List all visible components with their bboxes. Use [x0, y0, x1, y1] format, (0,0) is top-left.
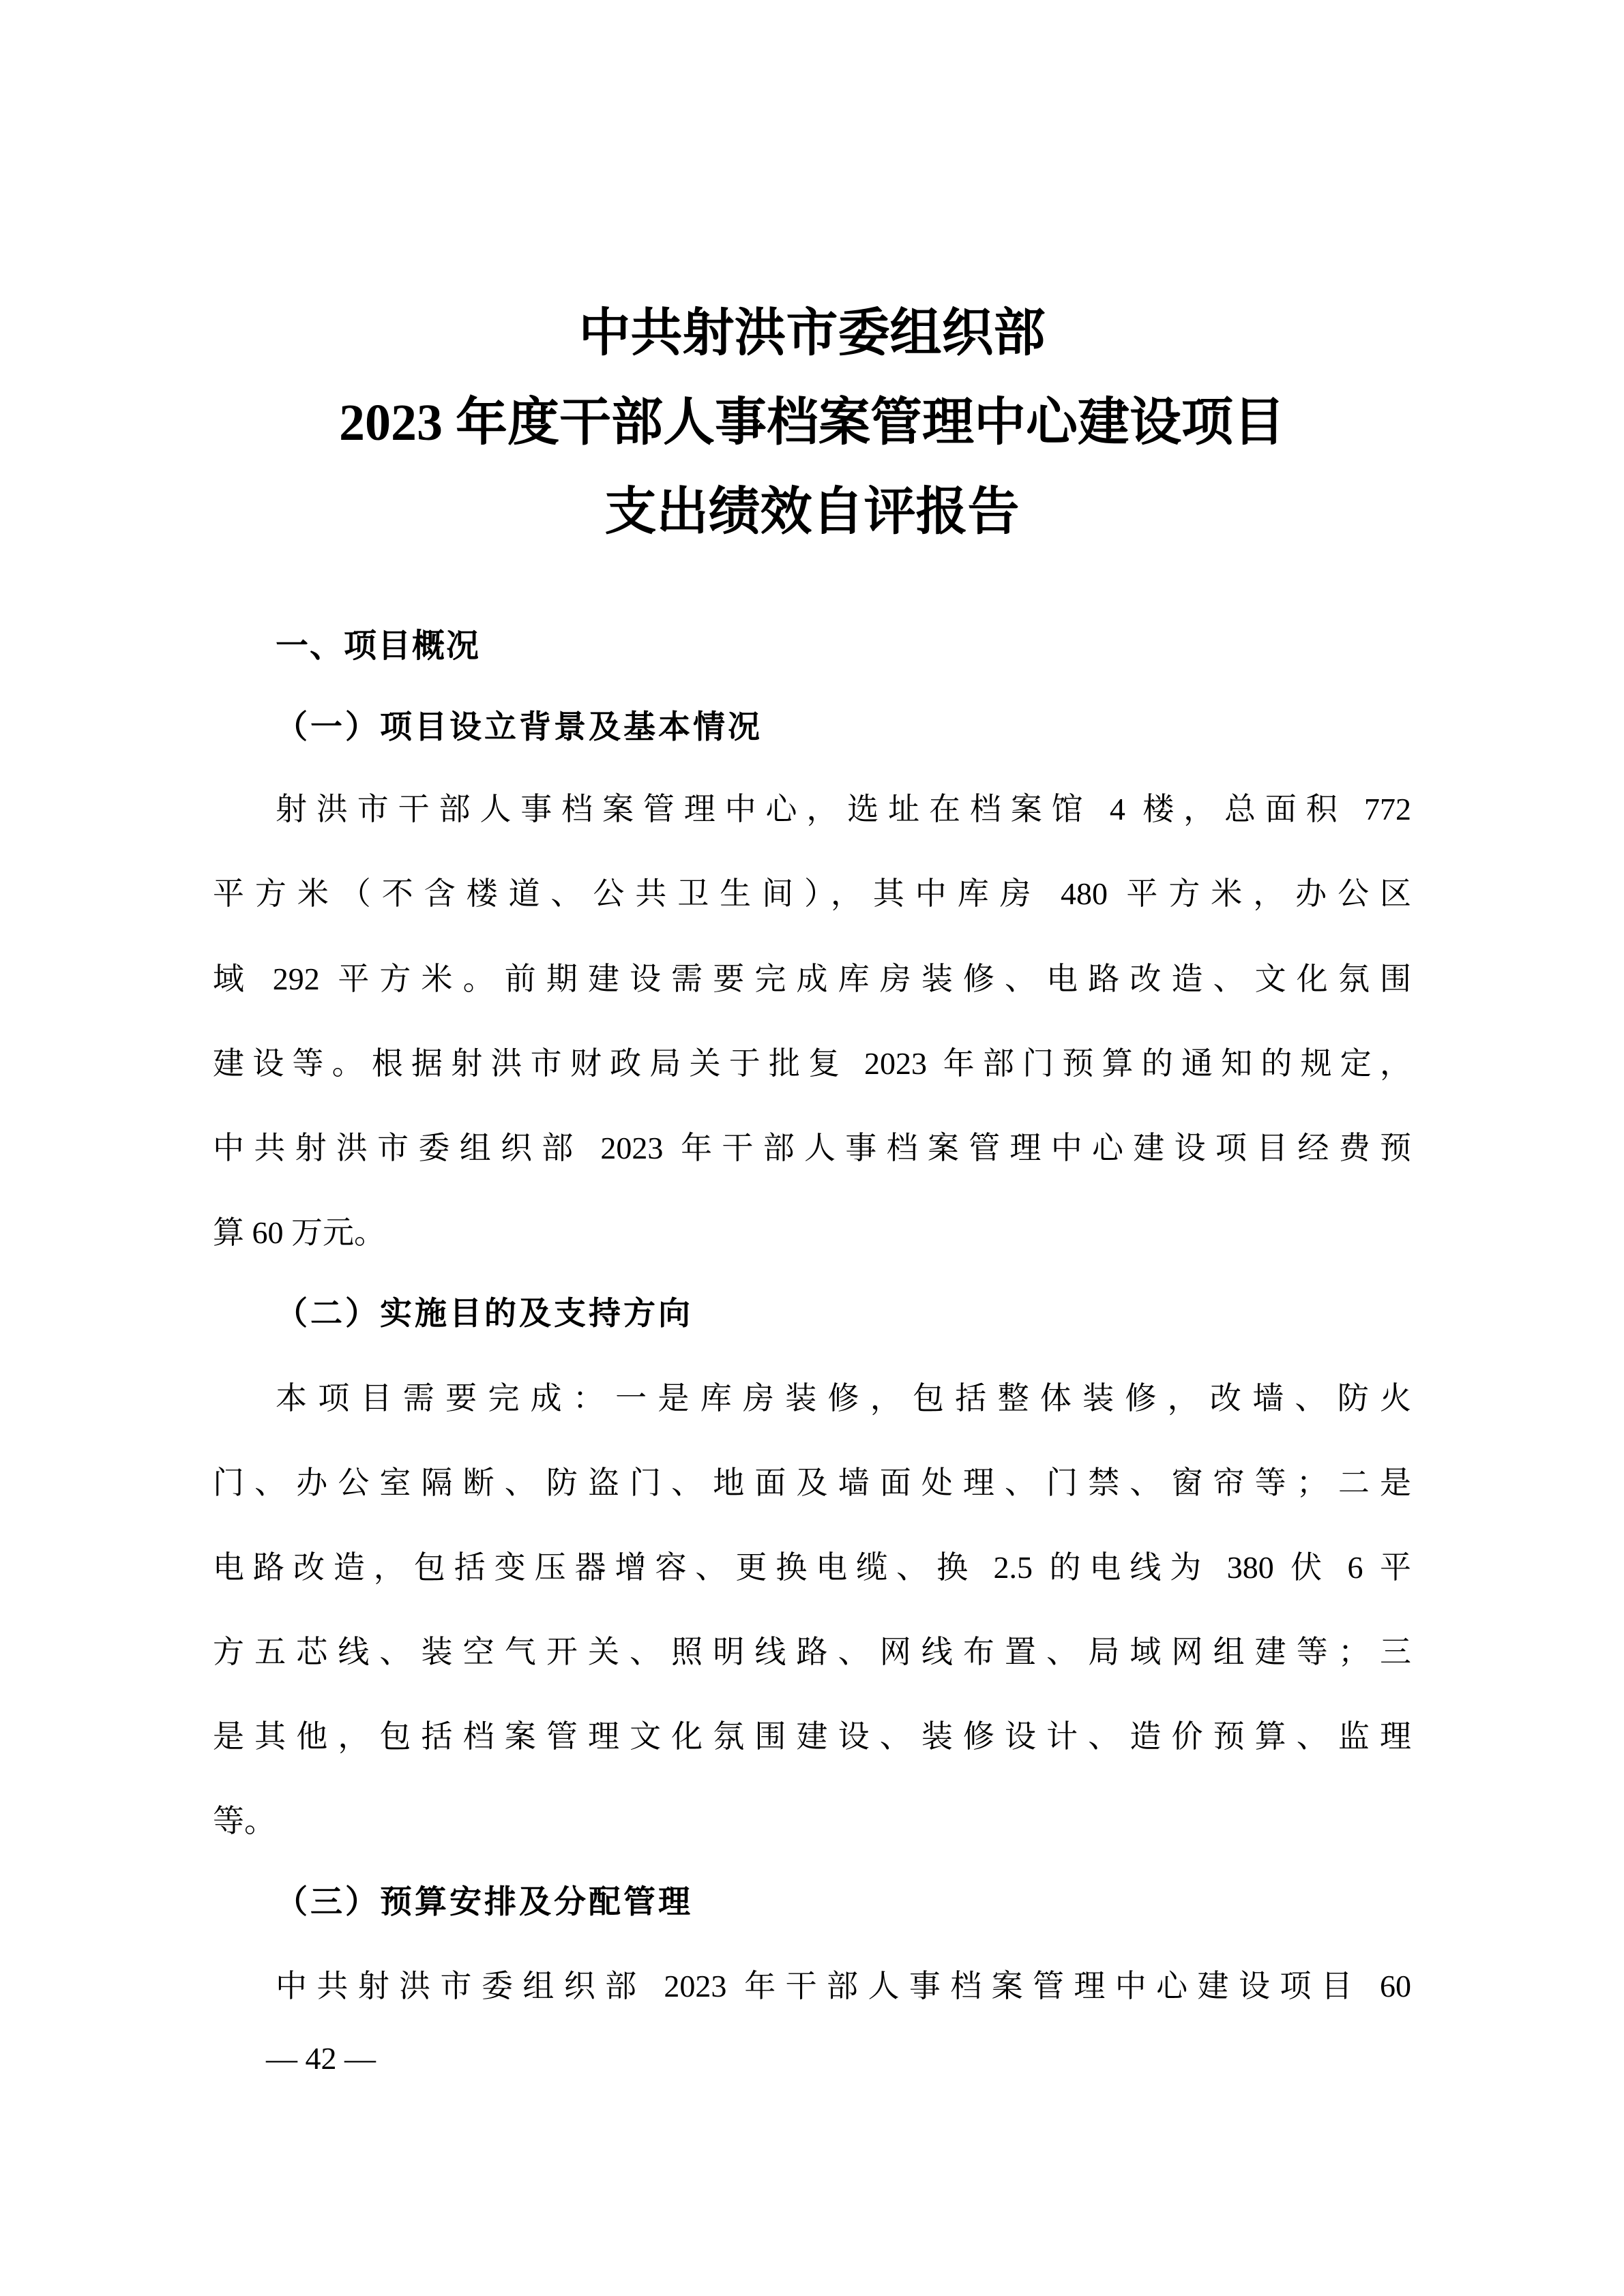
- paragraph-line: 平方米（不含楼道、公共卫生间），其中库房 480 平方米，办公区: [213, 874, 1411, 914]
- page-number: — 42 —: [266, 2039, 376, 2078]
- subsection-heading-1-2: （二）实施目的及支持方向: [276, 1294, 693, 1334]
- paragraph-line: 是其他，包括档案管理文化氛围建设、装修设计、造价预算、监理: [213, 1717, 1411, 1757]
- document-title-line-3: 支出绩效自评报告: [0, 481, 1624, 543]
- section-heading-1: 一、项目概况: [276, 627, 480, 666]
- paragraph-line: 射洪市干部人事档案管理中心，选址在档案馆 4 楼，总面积 772: [213, 790, 1411, 829]
- paragraph-line: 方五芯线、装空气开关、照明线路、网线布置、局域网组建等；三: [213, 1632, 1411, 1672]
- document-title-line-1: 中共射洪市委组织部: [0, 303, 1624, 364]
- subsection-heading-1-1: （一）项目设立背景及基本情况: [276, 708, 763, 747]
- paragraph-line: 本项目需要完成：一是库房装修，包括整体装修，改墙、防火: [213, 1379, 1411, 1418]
- paragraph-line: 等。: [213, 1802, 1411, 1841]
- paragraph-line: 域 292 平方米。前期建设需要完成库房装修、电路改造、文化氛围: [213, 959, 1411, 999]
- paragraph-line: 中共射洪市委组织部 2023 年干部人事档案管理中心建设项目 60: [213, 1967, 1411, 2006]
- paragraph-line: 建设等。根据射洪市财政局关于批复 2023 年部门预算的通知的规定，: [213, 1044, 1411, 1084]
- paragraph-line: 中共射洪市委组织部 2023 年干部人事档案管理中心建设项目经费预: [213, 1129, 1411, 1168]
- paragraph-line: 门、办公室隔断、防盗门、地面及墙面处理、门禁、窗帘等；二是: [213, 1463, 1411, 1503]
- subsection-heading-1-3: （三）预算安排及分配管理: [276, 1883, 693, 1922]
- document-page: 中共射洪市委组织部 2023 年度干部人事档案管理中心建设项目 支出绩效自评报告…: [0, 0, 1624, 2296]
- paragraph-line: 电路改造，包括变压器增容、更换电缆、换 2.5 的电线为 380 伏 6 平: [213, 1548, 1411, 1587]
- document-title-line-2: 2023 年度干部人事档案管理中心建设项目: [0, 392, 1624, 453]
- paragraph-line: 算 60 万元。: [213, 1213, 1411, 1253]
